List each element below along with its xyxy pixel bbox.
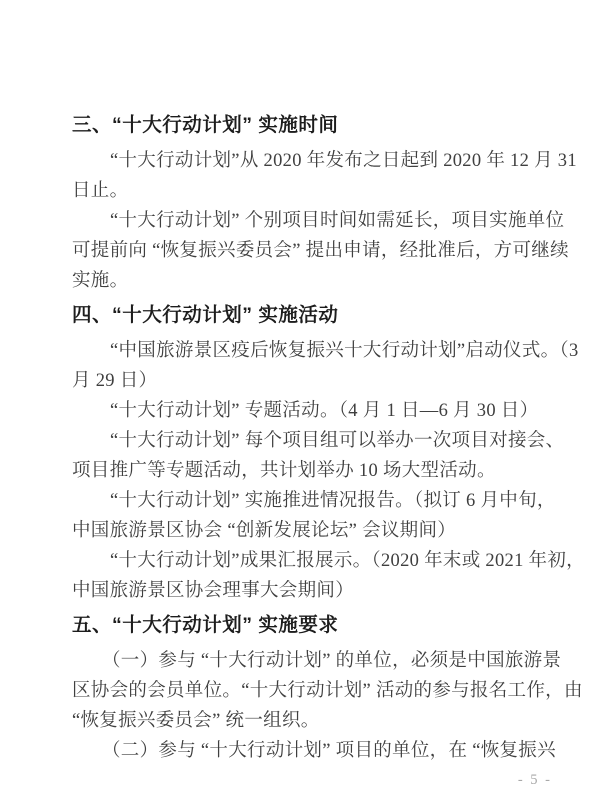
paragraph-line: 项目推广等专题活动，共计划举办 10 场大型活动。 (72, 456, 540, 486)
paragraph-line: 日止。 (72, 176, 540, 206)
section-heading-4: 四、“十大行动计划” 实施活动 (72, 300, 540, 330)
paragraph-results-showcase: “十大行动计划”成果汇报展示。（2020 年末或 2021 年初， 中国旅游景区… (72, 546, 540, 606)
section-heading-5: 五、“十大行动计划” 实施要求 (72, 610, 540, 640)
paragraph-launch-ceremony: “中国旅游景区疫后恢复振兴十大行动计划”启动仪式。（3 月 29 日） (72, 336, 540, 396)
section-heading-3: 三、“十大行动计划” 实施时间 (72, 110, 540, 140)
section-heading-text: 五、“十大行动计划” 实施要求 (72, 610, 540, 640)
paragraph-line: “十大行动计划” 实施推进情况报告。（拟订 6 月中旬， (72, 486, 540, 516)
paragraph-line: “中国旅游景区疫后恢复振兴十大行动计划”启动仪式。（3 (72, 336, 540, 366)
paragraph-project-events: “十大行动计划” 每个项目组可以举办一次项目对接会、 项目推广等专题活动，共计划… (72, 426, 540, 486)
document-page: 三、“十大行动计划” 实施时间 “十大行动计划”从 2020 年发布之日起到 2… (0, 0, 600, 805)
paragraph-line: “十大行动计划” 专题活动。（4 月 1 日—6 月 30 日） (72, 396, 540, 426)
document-content: 三、“十大行动计划” 实施时间 “十大行动计划”从 2020 年发布之日起到 2… (0, 0, 600, 766)
paragraph-line: （二）参与 “十大行动计划” 项目的单位，在 “恢复振兴 (72, 736, 540, 766)
paragraph-progress-report: “十大行动计划” 实施推进情况报告。（拟订 6 月中旬， 中国旅游景区协会 “创… (72, 486, 540, 546)
paragraph-line: “恢复振兴委员会” 统一组织。 (72, 706, 540, 736)
paragraph-requirement-1: （一）参与 “十大行动计划” 的单位，必须是中国旅游景 区协会的会员单位。“十大… (72, 646, 540, 736)
section-heading-text: 三、“十大行动计划” 实施时间 (72, 110, 540, 140)
paragraph-line: 月 29 日） (72, 366, 540, 396)
paragraph-line: 可提前向 “恢复振兴委员会” 提出申请，经批准后，方可继续 (72, 236, 540, 266)
paragraph-line: “十大行动计划” 每个项目组可以举办一次项目对接会、 (72, 426, 540, 456)
paragraph-line: 中国旅游景区协会理事大会期间） (72, 576, 540, 606)
paragraph-implementation-time: “十大行动计划”从 2020 年发布之日起到 2020 年 12 月 31 日止… (72, 146, 540, 206)
section-heading-text: 四、“十大行动计划” 实施活动 (72, 300, 540, 330)
paragraph-line: “十大行动计划”成果汇报展示。（2020 年末或 2021 年初， (72, 546, 540, 576)
paragraph-line: 实施。 (72, 266, 540, 296)
paragraph-line: （一）参与 “十大行动计划” 的单位，必须是中国旅游景 (72, 646, 540, 676)
paragraph-requirement-2: （二）参与 “十大行动计划” 项目的单位，在 “恢复振兴 (72, 736, 540, 766)
paragraph-line: “十大行动计划”从 2020 年发布之日起到 2020 年 12 月 31 (72, 146, 540, 176)
paragraph-line: “十大行动计划” 个别项目时间如需延长，项目实施单位 (72, 206, 540, 236)
paragraph-extension-request: “十大行动计划” 个别项目时间如需延长，项目实施单位 可提前向 “恢复振兴委员会… (72, 206, 540, 296)
paragraph-line: 中国旅游景区协会 “创新发展论坛” 会议期间） (72, 516, 540, 546)
page-number: - 5 - (518, 770, 552, 790)
paragraph-special-activities: “十大行动计划” 专题活动。（4 月 1 日—6 月 30 日） (72, 396, 540, 426)
paragraph-line: 区协会的会员单位。“十大行动计划” 活动的参与报名工作，由 (72, 676, 540, 706)
